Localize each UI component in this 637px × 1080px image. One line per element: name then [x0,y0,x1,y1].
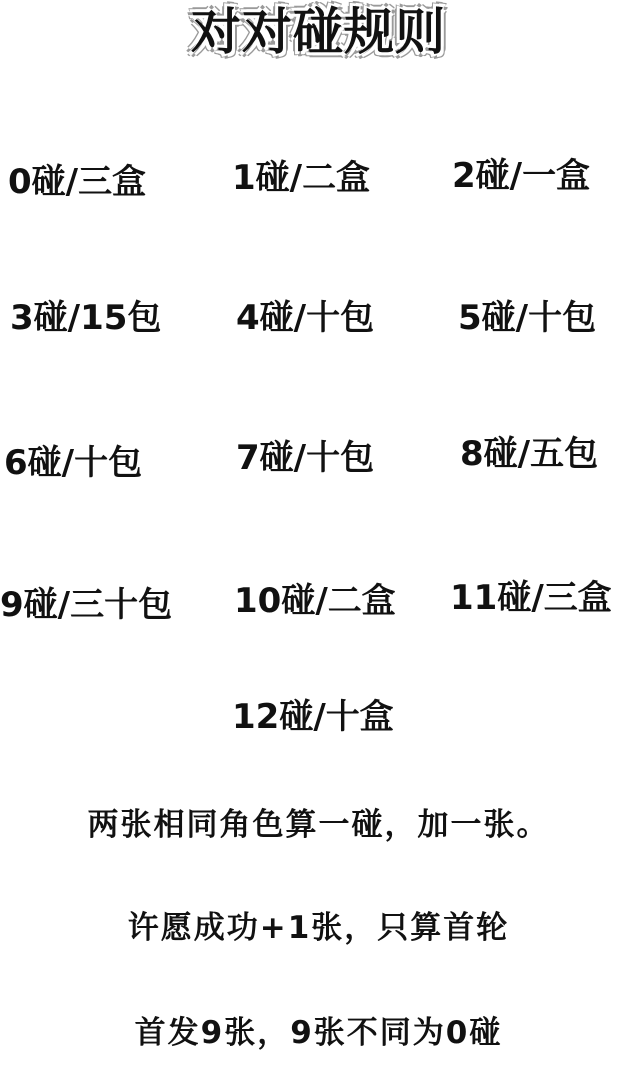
rule-count: 7碰 [236,438,294,478]
rule-reward: 三十包 [70,585,172,625]
rule-2: 2碰/一盒 [452,156,590,196]
rule-reward: 十盒 [326,697,394,737]
rule-separator: / [531,578,543,618]
rule-count: 0碰 [8,162,66,202]
rule-reward: 五包 [530,434,598,474]
rule-9: 9碰/三十包 [0,585,172,625]
rule-count: 5碰 [458,298,516,338]
rule-separator: / [294,298,306,338]
rule-separator: / [66,162,78,202]
rule-count: 1碰 [232,158,290,198]
rule-count: 11碰 [450,578,531,618]
rule-separator: / [510,156,522,196]
rule-10: 10碰/二盒 [234,581,396,621]
rule-4: 4碰/十包 [236,298,374,338]
rule-reward: 十包 [528,298,596,338]
rule-reward: 一盒 [522,156,590,196]
rule-separator: / [313,697,325,737]
rule-11: 11碰/三盒 [450,578,612,618]
rule-count: 8碰 [460,434,518,474]
note-first-deal-rule: 首发9张，9张不同为0碰 [0,1013,637,1053]
page-title: 对对碰规则 [0,0,637,64]
rule-reward: 三盒 [78,162,146,202]
rule-12: 12碰/十盒 [232,697,394,737]
rule-count: 9碰 [0,585,58,625]
rule-6: 6碰/十包 [4,443,142,483]
rule-reward: 二盒 [328,581,396,621]
rule-reward: 三盒 [544,578,612,618]
note-pair-rule: 两张相同角色算一碰，加一张。 [0,805,637,845]
rule-count: 3碰 [10,298,68,338]
rule-0: 0碰/三盒 [8,162,146,202]
rule-1: 1碰/二盒 [232,158,370,198]
rule-reward: 十包 [74,443,142,483]
rule-separator: / [315,581,327,621]
rule-reward: 15包 [80,298,161,338]
rule-separator: / [516,298,528,338]
rule-separator: / [290,158,302,198]
rule-count: 12碰 [232,697,313,737]
rule-reward: 十包 [306,298,374,338]
rule-reward: 十包 [306,438,374,478]
rule-separator: / [58,585,70,625]
rule-8: 8碰/五包 [460,434,598,474]
note-wish-rule: 许愿成功+1张，只算首轮 [0,908,637,948]
rule-count: 10碰 [234,581,315,621]
rule-reward: 二盒 [302,158,370,198]
rule-5: 5碰/十包 [458,298,596,338]
rule-count: 2碰 [452,156,510,196]
rule-7: 7碰/十包 [236,438,374,478]
rule-separator: / [62,443,74,483]
rule-separator: / [68,298,80,338]
rule-3: 3碰/15包 [10,298,161,338]
rule-count: 4碰 [236,298,294,338]
rule-separator: / [518,434,530,474]
rule-count: 6碰 [4,443,62,483]
rule-separator: / [294,438,306,478]
